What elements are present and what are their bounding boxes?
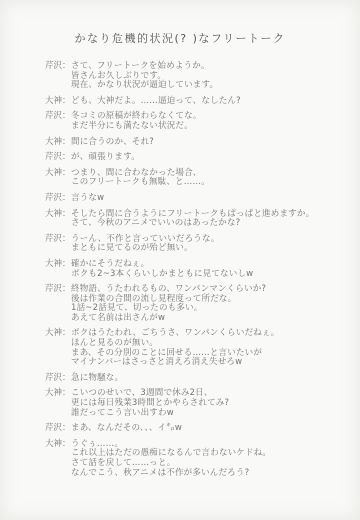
dialogue-lines: うぐぅ……。これ以上はただの愚痴になるんで言わないケドね。さて話を戻して……っと…: [71, 440, 344, 478]
speaker-label: 芹沢：: [45, 194, 71, 204]
dialogue-lines: つまり、間に合わなかった場合、このフリートークも無駄、と……。: [71, 169, 344, 188]
dialogue-block: 芹沢： さて、フリートークを始めようか。皆さんお久しぶりです。現在、かなり状況が…: [45, 62, 344, 91]
speaker-label: 芹沢：: [45, 112, 71, 122]
page-title: かなり危機的状況(? )なフリートーク: [0, 32, 360, 46]
dialogue-line: なんでこう、秋アニメは不作が多いんだろう?: [71, 469, 344, 479]
speaker-label: 大神：: [45, 138, 71, 148]
dialogue-lines: そしたら間に合うようにフリートークもぱっぱと進めますか。さて、今秋のアニメでいい…: [71, 210, 344, 229]
dialogue-lines: うーん、不作と言っていいだろうな。まともに見てるのが殆ど無い。: [71, 235, 344, 254]
dialogue-block: 大神： そしたら間に合うようにフリートークもぱっぱと進めますか。さて、今秋のアニ…: [45, 210, 344, 229]
dialogue-block: 芹沢： うーん、不作と言っていいだろうな。まともに見てるのが殆ど無い。: [45, 235, 344, 254]
dialogue-line: あえて名前は出さんがw: [71, 314, 344, 324]
speaker-label: 大神：: [45, 440, 71, 450]
dialogue-line: まともに見てるのが殆ど無い。: [71, 244, 344, 254]
dialogue-line: 急に物騒な。: [71, 374, 344, 384]
dialogue-lines: ども、大神だよ。……逼迫って、なしたん?: [71, 97, 344, 107]
dialogue-lines: 確かにそうだねぇ。ボクも2~3本くらいしかまともに見てないしw: [71, 260, 344, 279]
dialogue-line: 言うなw: [71, 194, 344, 204]
speaker-label: 芹沢：: [45, 424, 71, 434]
speaker-label: 芹沢：: [45, 153, 71, 163]
dialogue-block: 大神： 間に合うのか、それ?: [45, 138, 344, 148]
dialogue-block: 芹沢： 冬コミの原稿が終わらなくてな。まだ半分にも満たない状況だ。: [45, 112, 344, 131]
dialogue-lines: 終物語、うたわれるもの、ワンパンマンくらいか?後は作業の合間の流し見程度って所だ…: [71, 285, 344, 323]
speaker-label: 大神：: [45, 97, 71, 107]
dialogue-lines: が、頑張ります。: [71, 153, 344, 163]
dialogue-lines: こいつのせいで、3週間で休み2日、更には毎日残業3時間とかやらされてみ?誰だって…: [71, 389, 344, 418]
dialogue-block: 大神： こいつのせいで、3週間で休み2日、更には毎日残業3時間とかやらされてみ?…: [45, 389, 344, 418]
dialogue-line: さて、今秋のアニメでいいのはあったかな?: [71, 219, 344, 229]
dialogue-block: 大神： ども、大神だよ。……逼迫って、なしたん?: [45, 97, 344, 107]
dialogue-lines: まあ、なんだその、、、イ㌔w: [71, 424, 344, 434]
speaker-label: 大神：: [45, 169, 71, 179]
dialogue-lines: 間に合うのか、それ?: [71, 138, 344, 148]
dialogue-lines: ボクはうたわれ、ごちうさ、ワンパンくらいだねぇ。ほんと見るのが無い。まあ、その分…: [71, 329, 344, 367]
dialogue-block: 芹沢： が、頑張ります。: [45, 153, 344, 163]
dialogue-line: 間に合うのか、それ?: [71, 138, 344, 148]
speaker-label: 大神：: [45, 210, 71, 220]
speaker-label: 芹沢：: [45, 285, 71, 295]
dialogue-lines: 冬コミの原稿が終わらなくてな。まだ半分にも満たない状況だ。: [71, 112, 344, 131]
dialogue-line: マイナンバーはさっさと消えろ消え失せろw: [71, 358, 344, 368]
dialogue-list: 芹沢： さて、フリートークを始めようか。皆さんお久しぶりです。現在、かなり状況が…: [45, 62, 344, 478]
dialogue-line: まあ、なんだその、、、イ㌔w: [71, 424, 344, 434]
dialogue-block: 芹沢： 終物語、うたわれるもの、ワンパンマンくらいか?後は作業の合間の流し見程度…: [45, 285, 344, 323]
dialogue-line: このフリートークも無駄、と……。: [71, 178, 344, 188]
speaker-label: 芹沢：: [45, 374, 71, 384]
dialogue-lines: 急に物騒な。: [71, 374, 344, 384]
speaker-label: 芹沢：: [45, 62, 71, 72]
dialogue-line: 現在、かなり状況が逼迫しています。: [71, 81, 344, 91]
speaker-label: 大神：: [45, 260, 71, 270]
dialogue-block: 芹沢： まあ、なんだその、、、イ㌔w: [45, 424, 344, 434]
scanned-freetalk-page: かなり危機的状況(? )なフリートーク 芹沢： さて、フリートークを始めようか。…: [0, 0, 360, 520]
dialogue-block: 大神： うぐぅ……。これ以上はただの愚痴になるんで言わないケドね。さて話を戻して…: [45, 440, 344, 478]
dialogue-line: ボクも2~3本くらいしかまともに見てないしw: [71, 270, 344, 280]
speaker-label: 大神：: [45, 329, 71, 339]
dialogue-lines: さて、フリートークを始めようか。皆さんお久しぶりです。現在、かなり状況が逼迫して…: [71, 62, 344, 91]
dialogue-block: 大神： 確かにそうだねぇ。ボクも2~3本くらいしかまともに見てないしw: [45, 260, 344, 279]
dialogue-block: 大神： ボクはうたわれ、ごちうさ、ワンパンくらいだねぇ。ほんと見るのが無い。まあ…: [45, 329, 344, 367]
dialogue-block: 大神： つまり、間に合わなかった場合、このフリートークも無駄、と……。: [45, 169, 344, 188]
speaker-label: 大神：: [45, 389, 71, 399]
speaker-label: 芹沢：: [45, 235, 71, 245]
dialogue-block: 芹沢： 急に物騒な。: [45, 374, 344, 384]
dialogue-line: まだ半分にも満たない状況だ。: [71, 122, 344, 132]
dialogue-line: 誰だってこう言い出すわw: [71, 409, 344, 419]
dialogue-line: が、頑張ります。: [71, 153, 344, 163]
dialogue-lines: 言うなw: [71, 194, 344, 204]
dialogue-block: 芹沢： 言うなw: [45, 194, 344, 204]
dialogue-line: ども、大神だよ。……逼迫って、なしたん?: [71, 97, 344, 107]
